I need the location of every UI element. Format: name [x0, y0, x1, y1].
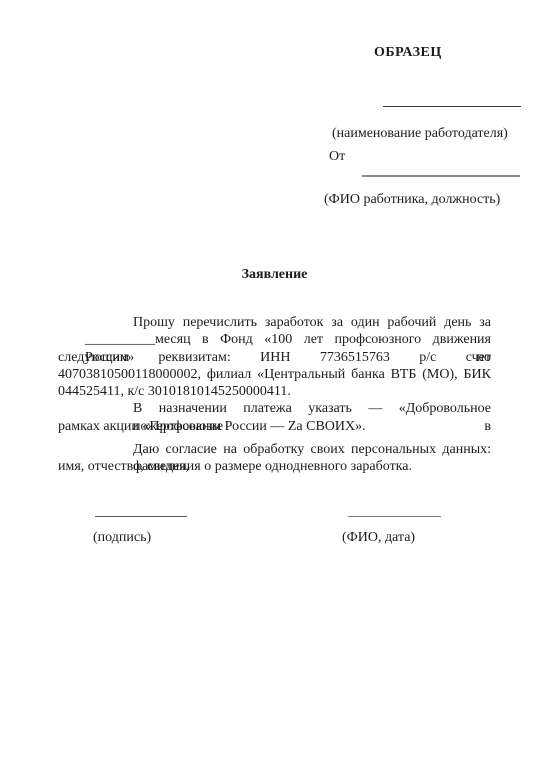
document-body: Прошу перечислить заработок за один рабо…: [58, 314, 491, 476]
paragraph-transfer-request: Прошу перечислить заработок за один рабо…: [58, 314, 491, 400]
text-line: Даю согласие на обработку своих персонал…: [58, 441, 491, 458]
employee-blank-line: [362, 175, 520, 177]
text-line: имя, отчество, сведения о размере однодн…: [58, 458, 491, 475]
name-date-blank-line: [348, 516, 441, 517]
paragraph-payment-purpose: В назначении платежа указать — «Добровол…: [58, 400, 491, 435]
employer-caption: (наименование работодателя): [332, 125, 508, 142]
text-line: 40703810500118000002, филиал «Центральны…: [58, 366, 491, 383]
signature-caption: (подпись): [93, 529, 151, 546]
text-line: следующим реквизитам: ИНН 7736515763 р/с…: [58, 349, 491, 366]
text-line: В назначении платежа указать — «Добровол…: [58, 400, 491, 417]
name-date-caption: (ФИО, дата): [342, 529, 415, 546]
from-label: От: [329, 148, 345, 165]
employee-caption: (ФИО работника, должность): [324, 191, 500, 208]
document-page: ОБРАЗЕЦ (наименование работодателя) От (…: [0, 0, 546, 773]
sample-label: ОБРАЗЕЦ: [374, 44, 442, 61]
paragraph-personal-data-consent: Даю согласие на обработку своих персонал…: [58, 441, 491, 476]
employer-blank-line: [383, 106, 521, 107]
signature-blank-line: [95, 516, 187, 517]
text-line-month-blank: __________месяц в Фонд «100 лет профсоюз…: [58, 331, 491, 348]
document-title: Заявление: [58, 266, 491, 283]
text-line: Прошу перечислить заработок за один рабо…: [58, 314, 491, 331]
text-line: 044525411, к/с 30101810145250000411.: [58, 383, 491, 400]
